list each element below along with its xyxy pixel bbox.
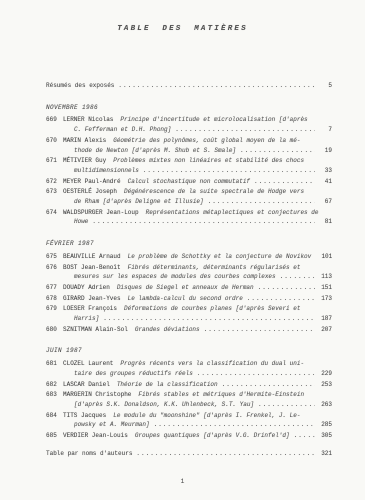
- page-number: 67: [318, 197, 332, 207]
- entry-first-line: 672MEYER Paul-AndréCalcul stochastique n…: [46, 177, 332, 187]
- toc-entry: 677DOUADY AdrienDisques de Siegel et ann…: [46, 283, 332, 293]
- page-number: 151: [318, 283, 332, 293]
- entry-first-line: 676BOST Jean-BenoîtFibrés déterminants, …: [46, 263, 332, 273]
- page-number: 187: [318, 314, 332, 324]
- dot-leader: ........................................…: [258, 283, 315, 293]
- entry-first-line: 682LASCAR DanielThéorie de la classifica…: [46, 380, 332, 390]
- page-number: 173: [318, 294, 332, 304]
- page-number: 33: [318, 166, 332, 176]
- expose-number: 683: [46, 390, 63, 400]
- folio-page-number: 1: [0, 478, 365, 485]
- expose-number: 677: [46, 283, 63, 293]
- page-number: 81: [318, 217, 332, 227]
- expose-title: Groupes quantiques [d'après V.G. Drinfel…: [135, 431, 290, 441]
- toc-entry: 685VERDIER Jean-LouisGroupes quantiques …: [46, 431, 332, 441]
- dot-leader: ........................................…: [154, 420, 315, 430]
- section-header: JUIN 1987: [46, 346, 332, 356]
- dot-leader: ........................................…: [92, 217, 315, 227]
- author-name: MÉTIVIER Guy: [63, 156, 106, 166]
- entry-first-line: 673OESTERLÉ JosephDégénérescence de la s…: [46, 187, 332, 197]
- toc-section: FÉVRIER 1987675BEAUVILLE ArnaudLe problè…: [46, 239, 332, 334]
- author-index-line: Table par noms d'auteurs ...............…: [46, 449, 332, 459]
- toc-entry: 671MÉTIVIER GuyProblèmes mixtes non liné…: [46, 156, 332, 175]
- author-name: LOESER François: [63, 304, 117, 314]
- scanned-page: TABLE DES MATIÈRES Résumés des exposés .…: [0, 0, 365, 500]
- toc-entry: 679LOESER FrançoisDéformations de courbe…: [46, 304, 332, 323]
- section-header: NOVEMBRE 1986: [46, 103, 332, 113]
- expose-number: 672: [46, 177, 63, 187]
- expose-title-continued: Harris]: [46, 314, 99, 324]
- author-name: OESTERLÉ Joseph: [63, 187, 117, 197]
- toc-entry: 683MARGERIN ChristopheFibrés stables et …: [46, 390, 332, 409]
- expose-number: 670: [46, 136, 63, 146]
- toc-entry: 672MEYER Paul-AndréCalcul stochastique n…: [46, 177, 332, 187]
- entry-last-line: de Rham [d'après Deligne et Illusie]....…: [46, 197, 332, 207]
- page-number: 113: [318, 272, 332, 282]
- entry-last-line: thode de Newton [d'après M. Shub et S. S…: [46, 146, 332, 156]
- dot-leader: ........................................…: [197, 369, 315, 379]
- author-name: LASCAR Daniel: [63, 380, 110, 390]
- expose-title: Grandes déviations: [135, 325, 200, 335]
- entry-first-line: 683MARGERIN ChristopheFibrés stables et …: [46, 390, 332, 400]
- entry-first-line: 685VERDIER Jean-LouisGroupes quantiques …: [46, 431, 332, 441]
- page-number: 207: [318, 325, 332, 335]
- expose-title-continued: thode de Newton [d'après M. Shub et S. S…: [46, 146, 236, 156]
- page-number: 253: [318, 380, 332, 390]
- author-name: MARIN Alexis: [63, 136, 106, 146]
- expose-number: 681: [46, 359, 63, 369]
- expose-title-continued: C. Fefferman et D.H. Phong]: [46, 125, 171, 135]
- expose-title: Calcul stochastique non commutatif: [128, 177, 250, 187]
- expose-title: Fibrés déterminants, déterminants régula…: [128, 263, 301, 273]
- entry-last-line: Howe....................................…: [46, 217, 332, 227]
- expose-number: 679: [46, 304, 63, 314]
- entry-last-line: powsky et A. Meurman]...................…: [46, 420, 332, 430]
- toc-entry: 680SZNITMAN Alain-SolGrandes déviations.…: [46, 325, 332, 335]
- author-name: BOST Jean-Benoît: [63, 263, 121, 273]
- toc-entry: 678GIRARD Jean-YvesLe lambda-calcul du s…: [46, 294, 332, 304]
- expose-number: 673: [46, 187, 63, 197]
- expose-title-continued: mesures sur les espaces de modules des c…: [46, 272, 276, 282]
- expose-title: Problèmes mixtes non linéaires et stabil…: [113, 156, 304, 166]
- expose-title: Fibrés stables et métriques d'Hermite-Ei…: [138, 390, 304, 400]
- toc-section: NOVEMBRE 1986669LERNER NicolasPrincipe d…: [46, 103, 332, 227]
- expose-number: 684: [46, 411, 63, 421]
- dot-leader: ........................................…: [240, 146, 315, 156]
- expose-title-continued: de Rham [d'après Deligne et Illusie]: [46, 197, 204, 207]
- entry-first-line: 684TITS JacquesLe module du "moonshine" …: [46, 411, 332, 421]
- dot-leader: ........................................…: [254, 177, 315, 187]
- entry-first-line: 681CLOZEL LaurentProgrès récents vers la…: [46, 359, 332, 369]
- author-name: GIRARD Jean-Yves: [63, 294, 121, 304]
- dot-leader: ........................................…: [294, 431, 315, 441]
- page-number: 321: [318, 449, 332, 459]
- entry-first-line: 680SZNITMAN Alain-SolGrandes déviations.…: [46, 325, 332, 335]
- page-number: 305: [318, 431, 332, 441]
- expose-number: 685: [46, 431, 63, 441]
- toc-entry: 669LERNER NicolasPrincipe d'incertitude …: [46, 115, 332, 134]
- entry-last-line: mesures sur les espaces de modules des c…: [46, 272, 332, 282]
- page-number: 285: [318, 420, 332, 430]
- expose-number: 680: [46, 325, 63, 335]
- page-number: 263: [318, 400, 332, 410]
- author-name: MEYER Paul-André: [63, 177, 121, 187]
- author-name: TITS Jacques: [63, 411, 106, 421]
- expose-number: 671: [46, 156, 63, 166]
- expose-title-continued: taire des groupes réductifs réels: [46, 369, 193, 379]
- entry-first-line: 677DOUADY AdrienDisques de Siegel et ann…: [46, 283, 332, 293]
- expose-title-continued: powsky et A. Meurman]: [46, 420, 150, 430]
- entry-first-line: 670MARIN AlexisGéométrie des polynômes, …: [46, 136, 332, 146]
- expose-number: 675: [46, 252, 63, 262]
- dot-leader: ........................................…: [143, 166, 315, 176]
- page-number: 101: [318, 252, 332, 262]
- entry-first-line: 675BEAUVILLE ArnaudLe problème de Schott…: [46, 252, 332, 262]
- dot-leader: ........................................…: [280, 272, 315, 282]
- toc-entry: 673OESTERLÉ JosephDégénérescence de la s…: [46, 187, 332, 206]
- dot-leader: ........................................…: [222, 380, 315, 390]
- expose-title: Progrès récents vers la classification d…: [120, 359, 304, 369]
- toc-entry: 676BOST Jean-BenoîtFibrés déterminants, …: [46, 263, 332, 282]
- dot-leader: ........................................…: [175, 125, 315, 135]
- table-of-contents: Résumés des exposés ....................…: [46, 81, 332, 459]
- author-name: DOUADY Adrien: [63, 283, 110, 293]
- entry-last-line: C. Fefferman et D.H. Phong].............…: [46, 125, 332, 135]
- toc-entry: 681CLOZEL LaurentProgrès récents vers la…: [46, 359, 332, 378]
- dot-leader: ........................................…: [204, 325, 315, 335]
- toc-section: JUIN 1987681CLOZEL LaurentProgrès récent…: [46, 346, 332, 440]
- entry-last-line: [d'après S.K. Donaldson, K.K. Uhlenbeck,…: [46, 400, 332, 410]
- resumes-label: Résumés des exposés: [46, 81, 114, 91]
- resumes-line: Résumés des exposés ....................…: [46, 81, 332, 91]
- toc-entry: 682LASCAR DanielThéorie de la classifica…: [46, 380, 332, 390]
- page-title: TABLE DES MATIÈRES: [0, 0, 365, 33]
- expose-number: 676: [46, 263, 63, 273]
- expose-title: Principe d'incertitude et microlocalisat…: [120, 115, 307, 125]
- page-number: 41: [318, 177, 332, 187]
- dot-leader: ........................................…: [118, 81, 315, 91]
- entry-first-line: 669LERNER NicolasPrincipe d'incertitude …: [46, 115, 332, 125]
- expose-number: 682: [46, 380, 63, 390]
- expose-title: Déformations de courbes planes [d'après …: [124, 304, 300, 314]
- toc-sections: NOVEMBRE 1986669LERNER NicolasPrincipe d…: [46, 103, 332, 441]
- section-header: FÉVRIER 1987: [46, 239, 332, 249]
- toc-entry: 684TITS JacquesLe module du "moonshine" …: [46, 411, 332, 430]
- entry-last-line: Harris].................................…: [46, 314, 332, 324]
- dot-leader: ........................................…: [247, 294, 315, 304]
- expose-title: Dégénérescence de la suite spectrale de …: [124, 187, 304, 197]
- author-name: VERDIER Jean-Louis: [63, 431, 128, 441]
- expose-title-continued: [d'après S.K. Donaldson, K.K. Uhlenbeck,…: [46, 400, 254, 410]
- page-number: 19: [318, 146, 332, 156]
- expose-title-continued: multidimensionnels: [46, 166, 139, 176]
- expose-title: Représentations métaplectiques et conjec…: [146, 208, 319, 218]
- expose-title: Disques de Siegel et anneaux de Herman: [117, 283, 254, 293]
- dot-leader: ........................................…: [136, 449, 315, 459]
- author-name: SZNITMAN Alain-Sol: [63, 325, 128, 335]
- page-number: 7: [318, 125, 332, 135]
- author-index-label: Table par noms d'auteurs: [46, 449, 132, 459]
- page-number: 5: [318, 81, 332, 91]
- expose-title-continued: Howe: [46, 217, 88, 227]
- entry-first-line: 678GIRARD Jean-YvesLe lambda-calcul du s…: [46, 294, 332, 304]
- expose-title: Géométrie des polynômes, coût global moy…: [113, 136, 300, 146]
- expose-title: Le lambda-calcul du second ordre: [128, 294, 243, 304]
- expose-number: 678: [46, 294, 63, 304]
- dot-leader: ........................................…: [208, 197, 315, 207]
- toc-entry: 670MARIN AlexisGéométrie des polynômes, …: [46, 136, 332, 155]
- expose-number: 674: [46, 208, 63, 218]
- expose-number: 669: [46, 115, 63, 125]
- toc-entry: 674WALDSPURGER Jean-LoupReprésentations …: [46, 208, 332, 227]
- author-name: LERNER Nicolas: [63, 115, 113, 125]
- author-name: CLOZEL Laurent: [63, 359, 113, 369]
- page-number: 229: [318, 369, 332, 379]
- entry-last-line: multidimensionnels......................…: [46, 166, 332, 176]
- toc-entry: 675BEAUVILLE ArnaudLe problème de Schott…: [46, 252, 332, 262]
- dot-leader: ........................................…: [103, 314, 315, 324]
- expose-title: Le module du "moonshine" [d'après I. Fre…: [113, 411, 300, 421]
- entry-first-line: 674WALDSPURGER Jean-LoupReprésentations …: [46, 208, 332, 218]
- entry-first-line: 671MÉTIVIER GuyProblèmes mixtes non liné…: [46, 156, 332, 166]
- entry-first-line: 679LOESER FrançoisDéformations de courbe…: [46, 304, 332, 314]
- dot-leader: ........................................…: [258, 400, 315, 410]
- entry-last-line: taire des groupes réductifs réels.......…: [46, 369, 332, 379]
- author-name: BEAUVILLE Arnaud: [63, 252, 121, 262]
- expose-title: Théorie de la classification: [117, 380, 218, 390]
- expose-title: Le problème de Schottky et la conjecture…: [128, 252, 312, 262]
- author-name: WALDSPURGER Jean-Loup: [63, 208, 139, 218]
- author-name: MARGERIN Christophe: [63, 390, 131, 400]
